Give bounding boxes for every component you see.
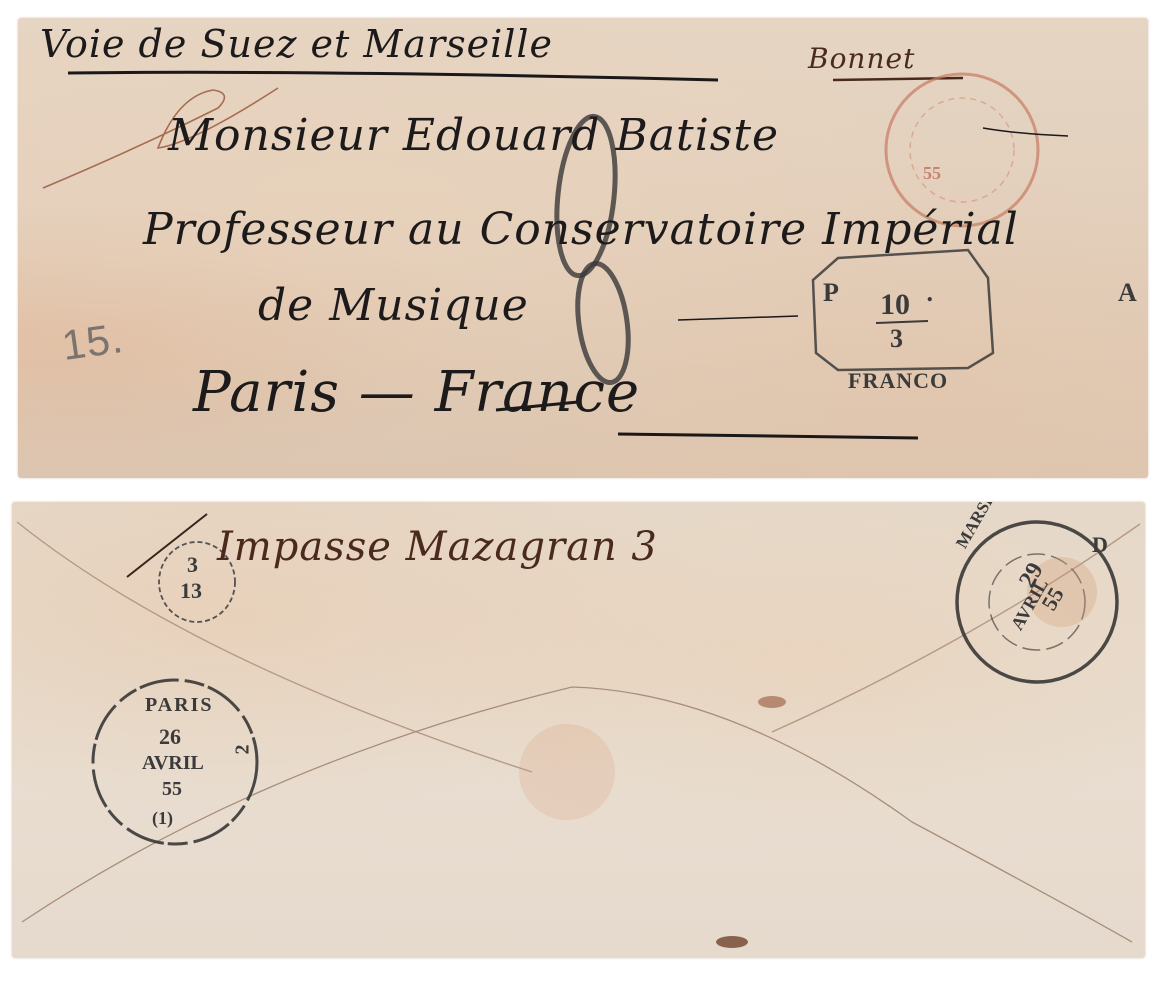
address-line-4: Paris — France [193,360,640,425]
envelope-front: Voie de Suez et Marseille Bonnet Monsieu… [18,18,1148,478]
back-flaps-and-marks [12,502,1145,958]
envelope-back: Impasse Mazagran 3 3 13 MARSEILLE A PARI… [12,502,1145,958]
address-line-2: Professeur au Conservatoire Impérial [143,204,1019,255]
arrival-cds-year: 55 [162,778,182,801]
small-stamp-line2: 13 [180,578,202,604]
pencil-note: 15. [59,314,126,370]
forwarder-note: Bonnet [808,42,915,75]
handstamp-franco: FRANCO [848,368,948,394]
arrival-cds-month: AVRIL [142,752,204,775]
sender-address: Impasse Mazagran 3 [217,524,658,570]
arrival-cds-side-number: 2 [232,745,255,755]
arrival-cds-day: 26 [159,724,181,750]
handstamp-rate-denominator: 3 [890,324,903,354]
handstamp-top-text: P. A. [823,278,1148,308]
routing-note: Voie de Suez et Marseille [40,22,553,66]
handstamp-rate-numerator: 10 [880,288,910,322]
arrival-cds-bottom: (1) [152,808,173,829]
arrival-cds-city: PARIS [145,694,214,717]
small-stamp-line1: 3 [187,552,198,578]
transit-cds-side-mark: D [1092,532,1108,558]
red-cds-year: 55 [923,163,941,184]
address-line-3: de Musique [258,280,529,331]
address-line-1: Monsieur Edouard Batiste [168,110,779,161]
